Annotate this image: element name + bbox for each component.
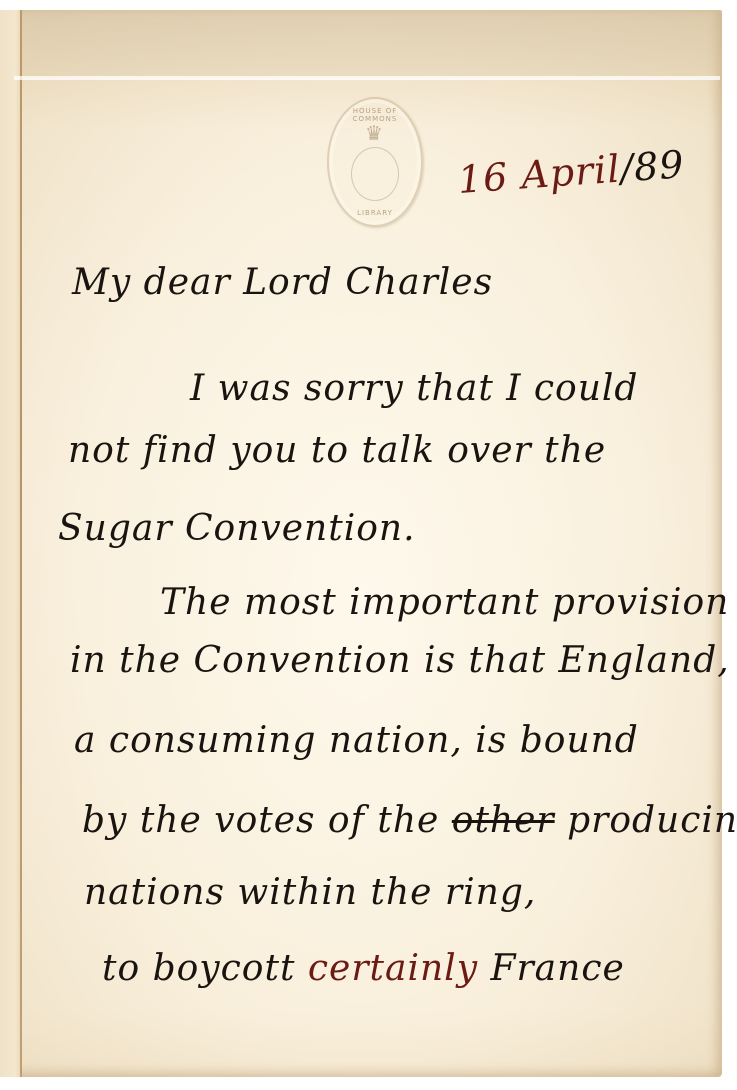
- fold-crease: [20, 10, 22, 1077]
- body-line-3: Sugar Convention.: [58, 508, 416, 549]
- scan-artifact-line: [14, 76, 720, 80]
- body-line-9-text: to boycott: [102, 948, 295, 989]
- body-line-8: nations within the ring,: [84, 872, 536, 913]
- red-ink-word: certainly: [308, 948, 478, 989]
- body-line-1: I was sorry that I could: [190, 368, 638, 409]
- body-line-5: in the Convention is that England,: [70, 640, 730, 681]
- body-line-6: a consuming nation, is bound: [74, 720, 639, 761]
- crown-icon: ♛: [362, 121, 386, 145]
- body-line-2: not find you to talk over the: [68, 430, 606, 471]
- paper-top-band: [0, 10, 722, 78]
- salutation: My dear Lord Charles: [72, 262, 493, 303]
- seal-shield: [351, 147, 399, 201]
- date-day: 16: [456, 155, 509, 202]
- house-of-commons-library-seal: HOUSE OF COMMONS ♛ LIBRARY: [327, 97, 423, 227]
- body-line-9-tail: France: [490, 948, 624, 989]
- struck-word: other: [452, 800, 555, 841]
- body-line-9: to boycott certainly France: [102, 948, 625, 989]
- date-year: 89: [633, 142, 686, 189]
- body-line-4: The most important provision: [160, 582, 729, 623]
- folded-edge: [0, 10, 22, 1077]
- body-line-7-text: by the votes of the: [82, 800, 439, 841]
- date-month: April: [520, 147, 622, 198]
- body-line-7-tail: producing: [567, 800, 737, 841]
- seal-text-bottom: LIBRARY: [329, 209, 421, 217]
- body-line-7: by the votes of the other producing: [82, 800, 737, 841]
